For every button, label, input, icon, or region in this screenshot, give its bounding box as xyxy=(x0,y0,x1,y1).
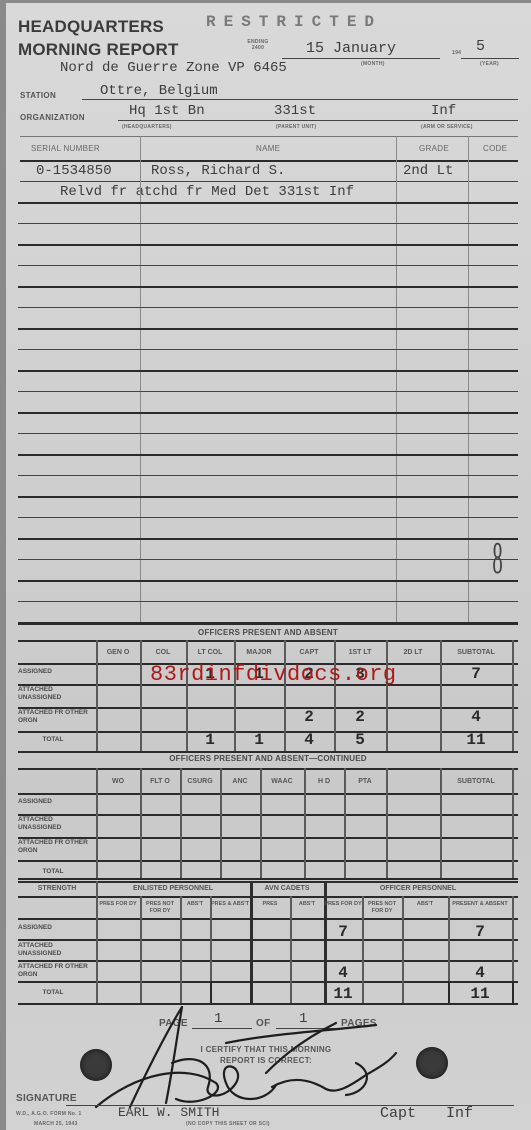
ending-label: ENDING 2400 xyxy=(246,39,270,51)
entries-header-rule xyxy=(20,160,518,162)
officers-continued-title: OFFICERS PRESENT AND ABSENT—CONTINUED xyxy=(18,754,518,763)
caption-arm: (ARM OR SERVICE) xyxy=(421,124,473,130)
section-rule-officers xyxy=(18,622,518,625)
officers-cell-value: 1 xyxy=(195,731,225,749)
org-arm: Inf xyxy=(431,103,456,119)
signer-caption: (NO COPY THIS SHEET OR SCI) xyxy=(186,1121,270,1127)
entry-rule xyxy=(20,181,518,182)
form-title-morning-report: MORNING REPORT xyxy=(18,40,179,60)
strength-col-header: PRES FOR DY xyxy=(324,901,362,908)
year-prefix: 194 xyxy=(452,50,461,56)
ruled-line xyxy=(18,349,518,350)
organization-label: ORGANIZATION xyxy=(20,113,85,122)
col-serial-number: SERIAL NUMBER xyxy=(31,144,100,153)
officers-row-label: ATTACHED FR OTHER ORGN xyxy=(18,709,88,725)
strength-col-rule xyxy=(324,881,327,1003)
enlisted-total-box xyxy=(210,981,252,1005)
strength-col-rule xyxy=(290,896,292,1003)
officer-total-pres-for-dy: 11 xyxy=(328,985,358,1003)
officers-cell-value: 5 xyxy=(345,731,375,749)
report-year: 5 xyxy=(476,38,485,55)
officer-total-box xyxy=(448,981,514,1005)
officers-col-rule xyxy=(334,640,336,751)
continued-row-rule xyxy=(18,878,518,880)
strength-label: STRENGTH xyxy=(18,885,96,892)
report-date: 15 January xyxy=(306,40,396,57)
officers-col-rule xyxy=(440,640,442,751)
col-guide-grade xyxy=(468,136,469,624)
col-name: NAME xyxy=(256,144,280,153)
strength-col-rule xyxy=(402,896,404,1003)
continued-col-header: FLT O xyxy=(140,778,180,785)
officers-col-rule xyxy=(186,640,188,751)
entries-top-rule xyxy=(20,136,518,137)
strength-row-label: ASSIGNED xyxy=(18,924,88,932)
strength-col-rule xyxy=(180,896,182,1003)
form-title-headquarters: HEADQUARTERS xyxy=(18,17,164,37)
continued-col-header: WAAC xyxy=(260,778,304,785)
continued-row-label: ATTACHED FR OTHER ORGN xyxy=(18,839,88,855)
year-caption: (YEAR) xyxy=(480,61,499,67)
ruled-line xyxy=(18,496,518,498)
cadets-group-header: AVN CADETS xyxy=(250,885,324,892)
ruled-line xyxy=(18,601,518,602)
caption-headquarters: (HEADQUARTERS) xyxy=(122,124,172,130)
strength-col-header: PRESENT & ABSENT xyxy=(448,901,512,908)
officers-col-header: LT COL xyxy=(186,649,234,656)
officers-col-rule xyxy=(234,640,236,751)
strength-row-rule xyxy=(18,981,518,983)
morning-report-form: HEADQUARTERS RESTRICTED MORNING REPORT E… xyxy=(6,3,531,1130)
ruled-line xyxy=(18,202,518,204)
continued-row-label: TOTAL xyxy=(18,868,88,876)
entry-name: Ross, Richard S. xyxy=(151,163,285,179)
signature-label: SIGNATURE xyxy=(16,1093,77,1104)
continued-col-rule xyxy=(386,768,388,878)
ruled-line xyxy=(18,391,518,392)
ruled-line xyxy=(18,433,518,434)
officers-row-label: TOTAL xyxy=(18,736,88,744)
continued-row-rule xyxy=(18,837,518,839)
station-value: Ottre, Belgium xyxy=(100,83,218,99)
officers-col-rule xyxy=(96,640,98,751)
ruled-line xyxy=(18,370,518,372)
continued-col-header: ANC xyxy=(220,778,260,785)
ruled-line xyxy=(18,475,518,476)
officer-attached-pres-for-dy: 4 xyxy=(328,964,358,982)
continued-row-rule xyxy=(18,793,518,795)
strength-col-header: PRES FOR DY xyxy=(96,901,140,908)
officers-row-rule xyxy=(18,640,518,642)
officers-col-header: COL xyxy=(140,649,186,656)
ruled-line xyxy=(18,307,518,308)
col-guide-name xyxy=(396,136,397,624)
continued-row-label: ASSIGNED xyxy=(18,798,88,806)
enlisted-group-header: ENLISTED PERSONNEL xyxy=(96,885,250,892)
continued-col-header: CSURG xyxy=(180,778,220,785)
officer-assigned-pres-for-dy: 7 xyxy=(328,923,358,941)
officer-assigned-total: 7 xyxy=(465,923,495,941)
continued-row-rule xyxy=(18,814,518,816)
col-guide-serial xyxy=(140,136,141,624)
month-caption: (MONTH) xyxy=(361,61,385,67)
officers-cell-value: 4 xyxy=(461,708,491,726)
officers-col-header: GEN O xyxy=(96,649,140,656)
ruled-line xyxy=(18,517,518,518)
form-caption-1: W.D., A.G.O. FORM No. 1 xyxy=(16,1111,82,1117)
officers-col-rule xyxy=(386,640,388,751)
officers-row-label: ATTACHED UNASSIGNED xyxy=(18,686,88,702)
signer-name: EARL W. SMITH xyxy=(118,1105,219,1120)
strength-row-label: ATTACHED FR OTHER ORGN xyxy=(18,963,88,979)
continued-col-header: SUBTOTAL xyxy=(440,778,512,785)
strength-col-header: ABS'T xyxy=(290,901,324,908)
continued-row-rule xyxy=(18,860,518,862)
strength-row-rule xyxy=(18,960,518,962)
entry-grade: 2nd Lt xyxy=(403,163,453,179)
officers-col-header: 2D LT xyxy=(386,649,440,656)
ruled-line xyxy=(18,559,518,560)
strength-col-header: ABS'T xyxy=(180,901,210,908)
strength-col-header: PRES NOT FOR DY xyxy=(362,901,402,915)
officers-cell-value: 11 xyxy=(461,731,491,749)
ruled-line xyxy=(18,412,518,414)
org-parent-unit: 331st xyxy=(274,103,316,119)
strength-row-rule xyxy=(18,918,518,920)
form-caption-2: MARCH 25, 1943 xyxy=(34,1121,78,1127)
officers-cell-value: 7 xyxy=(461,665,491,683)
strength-row-rule xyxy=(18,939,518,941)
continued-col-rule xyxy=(512,768,514,878)
station-label: STATION xyxy=(20,91,56,100)
continued-col-header: WO xyxy=(96,778,140,785)
ruled-line xyxy=(18,580,518,582)
ruled-line xyxy=(18,244,518,246)
strength-col-header: PRES xyxy=(250,901,290,908)
watermark: 83rdinfdivdocs.org xyxy=(150,662,397,687)
strength-row-rule xyxy=(18,896,518,898)
strength-col-header: PRES & ABS'T xyxy=(210,901,250,908)
officers-col-rule xyxy=(140,640,142,751)
margin-mark: 8 xyxy=(492,531,502,584)
date-underline xyxy=(282,58,440,59)
classification-stamp: RESTRICTED xyxy=(206,13,382,31)
officers-row-rule xyxy=(18,751,518,753)
officers-col-header: MAJOR xyxy=(234,649,284,656)
ruled-line xyxy=(18,286,518,288)
officers-col-rule xyxy=(284,640,286,751)
officers-cell-value: 2 xyxy=(294,708,324,726)
officers-col-header: CAPT xyxy=(284,649,334,656)
entry-serial: 0-1534850 xyxy=(36,163,112,179)
station-underline xyxy=(82,99,518,100)
strength-col-header: PRES NOT FOR DY xyxy=(140,901,180,915)
org-headquarters: Hq 1st Bn xyxy=(129,103,205,119)
strength-row-label: TOTAL xyxy=(18,989,88,997)
ruled-line xyxy=(18,538,518,540)
strength-row-label: ATTACHED UNASSIGNED xyxy=(18,942,88,958)
officers-cell-value: 1 xyxy=(244,731,274,749)
officers-col-rule xyxy=(512,640,514,751)
officers-cell-value: 4 xyxy=(294,731,324,749)
officers-row-rule xyxy=(18,707,518,709)
officers-table-title: OFFICERS PRESENT AND ABSENT xyxy=(18,628,518,637)
ruled-line xyxy=(18,328,518,330)
location-note: Nord de Guerre Zone VP 6465 xyxy=(60,60,287,76)
officers-row-label: ASSIGNED xyxy=(18,668,88,676)
organization-underline xyxy=(118,120,518,121)
continued-row-label: ATTACHED UNASSIGNED xyxy=(18,816,88,832)
strength-col-rule xyxy=(96,881,98,1003)
strength-row-rule xyxy=(18,881,518,883)
year-underline xyxy=(461,58,519,59)
officer-attached-total: 4 xyxy=(465,964,495,982)
binder-hole-right xyxy=(416,1047,448,1079)
officers-cell-value: 2 xyxy=(345,708,375,726)
strength-col-header: ABS'T xyxy=(402,901,448,908)
ruled-line xyxy=(18,265,518,266)
entry-remark: Relvd fr atchd fr Med Det 331st Inf xyxy=(60,184,354,200)
caption-parent-unit: (PARENT UNIT) xyxy=(276,124,316,130)
officers-group-header: OFFICER PERSONNEL xyxy=(324,885,512,892)
signer-grade: Capt xyxy=(380,1105,416,1122)
continued-col-header: PTA xyxy=(344,778,386,785)
ruled-line xyxy=(18,223,518,224)
officers-col-header: 1ST LT xyxy=(334,649,386,656)
continued-row-rule xyxy=(18,768,518,770)
signer-arm: Inf xyxy=(446,1105,473,1122)
col-grade: GRADE xyxy=(419,144,449,153)
ruled-line xyxy=(18,454,518,456)
officers-col-header: SUBTOTAL xyxy=(440,649,512,656)
col-code: CODE xyxy=(483,144,507,153)
continued-col-header: H D xyxy=(304,778,344,785)
